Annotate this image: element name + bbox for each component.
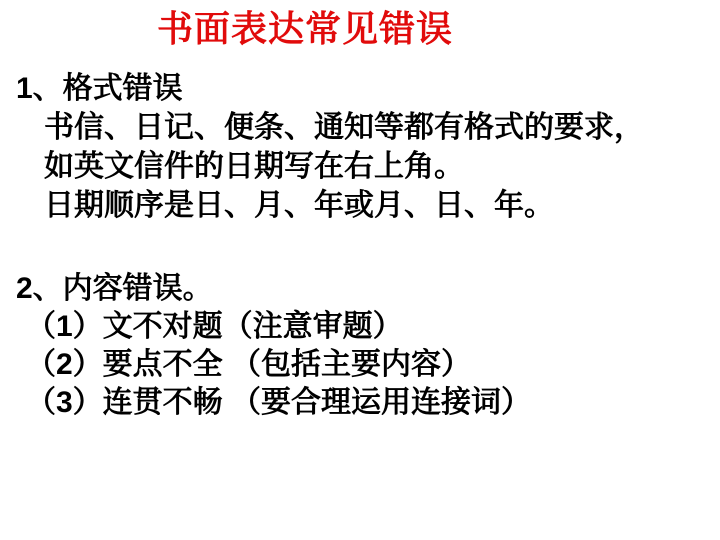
- section1-body: 书信、日记、便条、通知等都有格式的要求， 如英文信件的日期写在右上角。 日期顺序…: [16, 108, 720, 225]
- section-content-errors: 2、内容错误。 （1）文不对题（注意审题） （2）要点不全 （包括主要内容） （…: [0, 269, 720, 422]
- section-format-errors: 1、格式错误 书信、日记、便条、通知等都有格式的要求， 如英文信件的日期写在右上…: [0, 69, 720, 225]
- section2-item-2: （2）要点不全 （包括主要内容）: [26, 346, 720, 384]
- section2-item-1: （1）文不对题（注意审题）: [26, 308, 720, 346]
- section1-line-2: 如英文信件的日期写在右上角。: [44, 147, 720, 186]
- presentation-slide: 书面表达常见错误 1、格式错误 书信、日记、便条、通知等都有格式的要求， 如英文…: [0, 0, 720, 540]
- section1-line-3: 日期顺序是日、月、年或月、日、年。: [44, 186, 720, 225]
- section2-items: （1）文不对题（注意审题） （2）要点不全 （包括主要内容） （3）连贯不畅 （…: [16, 308, 720, 422]
- section1-line-1: 书信、日记、便条、通知等都有格式的要求，: [44, 108, 720, 147]
- section1-heading: 1、格式错误: [16, 69, 720, 108]
- section2-heading: 2、内容错误。: [16, 269, 720, 308]
- slide-title: 书面表达常见错误: [0, 8, 720, 49]
- section2-item-3: （3）连贯不畅 （要合理运用连接词）: [26, 384, 720, 422]
